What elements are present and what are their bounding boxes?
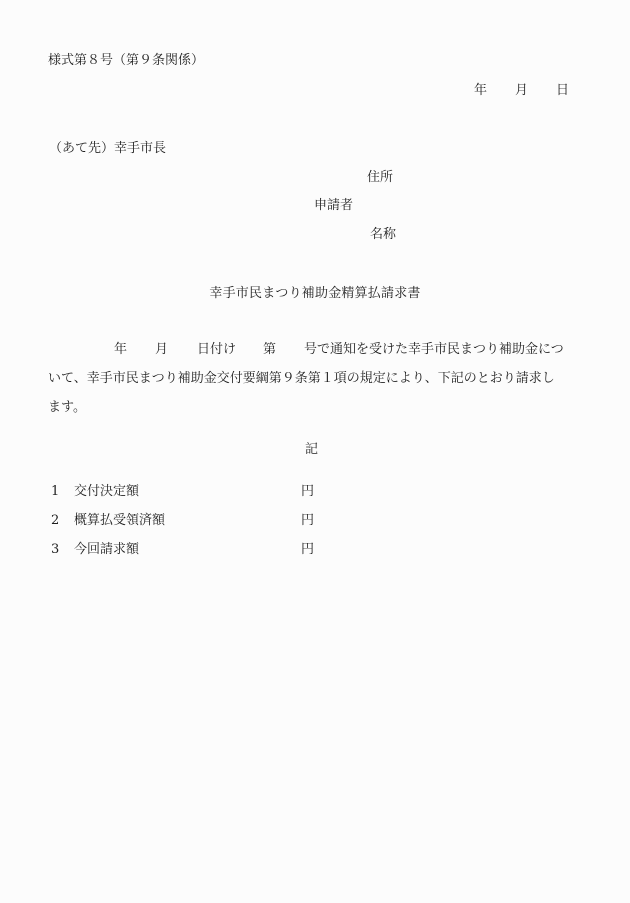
item-unit: 円 (301, 514, 314, 527)
applicant-label: 申請者 (314, 199, 353, 212)
applicant-name-label: 名称 (370, 228, 396, 241)
addressee: （あて先）幸手市長 (49, 142, 166, 155)
item-number: 1 (51, 485, 59, 498)
item-unit: 円 (301, 485, 314, 498)
body-day-dated-label: 日付け (197, 343, 236, 356)
body-year-label: 年 (114, 343, 127, 356)
body-paragraph-line-3: ます。 (48, 401, 86, 414)
item-unit: 円 (301, 543, 314, 556)
body-line-1-text: 号で通知を受けた幸手市民まつり補助金につ (304, 343, 564, 356)
date-year-label: 年 (474, 84, 487, 97)
date-month-label: 月 (515, 84, 528, 97)
form-number: 様式第８号（第９条関係） (48, 54, 204, 67)
applicant-address-label: 住所 (367, 171, 393, 184)
item-number: 2 (51, 514, 59, 527)
item-label: 今回請求額 (74, 543, 139, 556)
body-month-label: 月 (155, 343, 168, 356)
item-number: 3 (51, 543, 59, 556)
body-paragraph-line-2: いて、幸手市民まつり補助金交付要綱第９条第１項の規定により、下記のとおり請求し (48, 372, 555, 385)
item-label: 交付決定額 (74, 485, 139, 498)
item-label: 概算払受領済額 (74, 514, 165, 527)
document-title: 幸手市民まつり補助金精算払請求書 (0, 287, 630, 300)
body-number-prefix: 第 (263, 343, 276, 356)
ki-heading: 記 (305, 443, 318, 456)
date-day-label: 日 (556, 84, 569, 97)
